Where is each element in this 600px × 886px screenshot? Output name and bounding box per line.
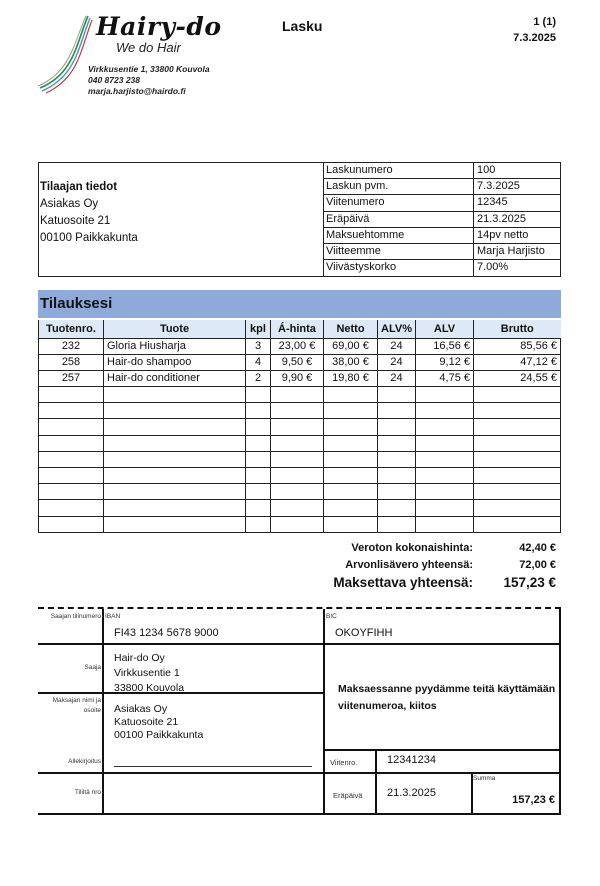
order-cell: Gloria Hiusharja bbox=[104, 338, 246, 354]
amount-due-value: 157,23 € bbox=[503, 575, 556, 590]
order-cell bbox=[39, 403, 104, 419]
invoice-info-label: Viivästyskorko bbox=[324, 260, 474, 276]
order-cell bbox=[271, 516, 324, 532]
order-cell bbox=[416, 451, 474, 467]
order-row: 258Hair-do shampoo49,50 €38,00 €249,12 €… bbox=[39, 354, 561, 370]
order-cell bbox=[474, 451, 561, 467]
order-cell: 24 bbox=[378, 338, 416, 354]
vat-total-value: 72,00 € bbox=[519, 559, 556, 571]
order-cell bbox=[416, 516, 474, 532]
order-cell bbox=[474, 500, 561, 516]
order-cell bbox=[271, 387, 324, 403]
order-cell bbox=[104, 516, 246, 532]
reference-value: 12341234 bbox=[387, 754, 436, 766]
order-row bbox=[39, 451, 561, 467]
payer-name: Asiakas Oy bbox=[114, 703, 203, 716]
order-cell bbox=[39, 387, 104, 403]
order-cell bbox=[378, 484, 416, 500]
order-row bbox=[39, 516, 561, 532]
column-header: Netto bbox=[324, 320, 378, 338]
order-cell bbox=[416, 484, 474, 500]
order-cell bbox=[39, 500, 104, 516]
customer-details: Tilaajan tiedot Asiakas Oy Katuosoite 21… bbox=[39, 163, 324, 276]
order-cell bbox=[324, 516, 378, 532]
order-cell bbox=[416, 500, 474, 516]
amount-label: Summa bbox=[473, 775, 495, 782]
order-cell bbox=[324, 484, 378, 500]
company-logo: Hairy-do bbox=[96, 12, 222, 41]
invoice-info-label: Viitenumero bbox=[324, 195, 474, 210]
order-cell: 2 bbox=[246, 370, 271, 386]
order-cell bbox=[378, 468, 416, 484]
order-cell: 38,00 € bbox=[324, 354, 378, 370]
column-header: kpl bbox=[246, 320, 271, 338]
recipient-city: 33800 Kouvola bbox=[114, 681, 184, 696]
order-cell bbox=[474, 387, 561, 403]
invoice-info-value: 21.3.2025 bbox=[474, 212, 560, 227]
order-row: 257Hair-do conditioner29,90 €19,80 €244,… bbox=[39, 370, 561, 386]
order-cell: 16,56 € bbox=[416, 338, 474, 354]
order-cell bbox=[104, 451, 246, 467]
order-cell bbox=[246, 435, 271, 451]
document-date: 7.3.2025 bbox=[513, 32, 556, 44]
column-header: Tuotenro. bbox=[39, 320, 104, 338]
iban-label: IBAN bbox=[105, 613, 120, 620]
order-cell: 23,00 € bbox=[271, 338, 324, 354]
net-total-label: Veroton kokonaishinta: bbox=[351, 542, 473, 554]
order-cell bbox=[104, 435, 246, 451]
order-row bbox=[39, 403, 561, 419]
payment-message: Maksaessanne pyydämme teitä käyttämään v… bbox=[338, 681, 555, 715]
invoice-info-label: Viitteemme bbox=[324, 244, 474, 259]
order-cell bbox=[104, 387, 246, 403]
order-cell: 24 bbox=[378, 370, 416, 386]
recipient-name: Hair-do Oy bbox=[114, 651, 184, 666]
order-cell: 4,75 € bbox=[416, 370, 474, 386]
order-cell bbox=[39, 451, 104, 467]
order-cell bbox=[378, 419, 416, 435]
order-cell: Hair-do conditioner bbox=[104, 370, 246, 386]
invoice-info-row: Maksuehtomme14pv netto bbox=[324, 228, 560, 244]
invoice-info-box: Tilaajan tiedot Asiakas Oy Katuosoite 21… bbox=[38, 162, 561, 277]
invoice-details: Laskunumero100Laskun pvm.7.3.2025Viitenu… bbox=[324, 163, 560, 276]
page-number: 1 (1) bbox=[533, 16, 556, 28]
order-cell bbox=[324, 435, 378, 451]
column-header: Brutto bbox=[474, 320, 561, 338]
order-cell bbox=[416, 468, 474, 484]
order-cell bbox=[39, 484, 104, 500]
order-cell bbox=[474, 419, 561, 435]
order-cell bbox=[39, 419, 104, 435]
order-cell bbox=[246, 484, 271, 500]
order-cell: 9,12 € bbox=[416, 354, 474, 370]
payer-details: Asiakas Oy Katuosoite 21 00100 Paikkakun… bbox=[114, 703, 203, 742]
order-cell: 24,55 € bbox=[474, 370, 561, 386]
order-cell bbox=[246, 500, 271, 516]
order-row bbox=[39, 484, 561, 500]
bic-label: BIC bbox=[326, 613, 337, 620]
order-cell: 9,90 € bbox=[271, 370, 324, 386]
order-cell bbox=[474, 484, 561, 500]
due-date-value: 21.3.2025 bbox=[387, 787, 436, 799]
order-cell bbox=[474, 468, 561, 484]
order-cell bbox=[271, 451, 324, 467]
company-phone: 040 8723 238 bbox=[88, 75, 140, 85]
column-header: ALV% bbox=[378, 320, 416, 338]
amount-due-label: Maksettava yhteensä: bbox=[333, 575, 473, 590]
order-cell: 19,80 € bbox=[324, 370, 378, 386]
order-cell bbox=[104, 484, 246, 500]
recipient-label: Saaja bbox=[38, 664, 101, 671]
order-cell bbox=[378, 387, 416, 403]
order-cell bbox=[104, 403, 246, 419]
order-cell: 3 bbox=[246, 338, 271, 354]
account-number-label: Saajan tilinumero bbox=[38, 613, 101, 620]
order-cell bbox=[104, 500, 246, 516]
invoice-info-row: Viitenumero12345 bbox=[324, 195, 560, 211]
order-cell bbox=[324, 500, 378, 516]
recipient-street: Virkkusentie 1 bbox=[114, 666, 184, 681]
order-cell bbox=[104, 419, 246, 435]
order-cell: 24 bbox=[378, 354, 416, 370]
order-cell bbox=[324, 387, 378, 403]
customer-heading: Tilaajan tiedot bbox=[40, 179, 323, 196]
order-cell bbox=[246, 387, 271, 403]
document-title: Lasku bbox=[282, 18, 322, 34]
order-row: 232Gloria Hiusharja323,00 €69,00 €2416,5… bbox=[39, 338, 561, 354]
from-account-label: Tililtä nro bbox=[38, 789, 101, 796]
company-email: marja.harjisto@hairdo.fi bbox=[88, 86, 186, 96]
invoice-info-value: 12345 bbox=[474, 195, 560, 210]
order-cell: 258 bbox=[39, 354, 104, 370]
customer-city: 00100 Paikkakunta bbox=[40, 230, 323, 247]
invoice-info-label: Laskun pvm. bbox=[324, 179, 474, 194]
invoice-info-row: Eräpäivä21.3.2025 bbox=[324, 212, 560, 228]
signature-field[interactable] bbox=[114, 766, 312, 767]
order-cell bbox=[271, 468, 324, 484]
order-cell bbox=[271, 500, 324, 516]
invoice-info-value: Marja Harjisto bbox=[474, 244, 560, 259]
order-cell bbox=[246, 419, 271, 435]
orders-table: Tuotenro.TuotekplÁ-hintaNettoALV%ALVBrut… bbox=[38, 320, 561, 533]
invoice-info-row: Laskunumero100 bbox=[324, 163, 560, 179]
recipient-details: Hair-do Oy Virkkusentie 1 33800 Kouvola bbox=[114, 651, 184, 696]
order-cell bbox=[39, 516, 104, 532]
invoice-info-label: Maksuehtomme bbox=[324, 228, 474, 243]
order-cell bbox=[378, 516, 416, 532]
customer-name: Asiakas Oy bbox=[40, 196, 323, 213]
order-cell bbox=[246, 468, 271, 484]
order-cell: 232 bbox=[39, 338, 104, 354]
column-header: ALV bbox=[416, 320, 474, 338]
order-cell bbox=[378, 435, 416, 451]
order-cell bbox=[324, 468, 378, 484]
order-cell bbox=[416, 387, 474, 403]
payer-city: 00100 Paikkakunta bbox=[114, 729, 203, 742]
order-cell bbox=[416, 419, 474, 435]
order-row bbox=[39, 500, 561, 516]
invoice-info-value: 14pv netto bbox=[474, 228, 560, 243]
invoice-info-row: Viivästyskorko7.00% bbox=[324, 260, 560, 276]
payer-label: Maksajan nimi ja osoite bbox=[38, 696, 101, 716]
order-cell bbox=[378, 403, 416, 419]
invoice-info-row: ViitteemmeMarja Harjisto bbox=[324, 244, 560, 260]
order-cell: 4 bbox=[246, 354, 271, 370]
invoice-info-label: Laskunumero bbox=[324, 163, 474, 178]
order-cell bbox=[474, 435, 561, 451]
order-row bbox=[39, 387, 561, 403]
order-cell bbox=[271, 403, 324, 419]
order-cell bbox=[416, 435, 474, 451]
order-cell: 9,50 € bbox=[271, 354, 324, 370]
order-cell bbox=[474, 403, 561, 419]
order-cell bbox=[378, 500, 416, 516]
order-cell bbox=[246, 403, 271, 419]
order-row bbox=[39, 419, 561, 435]
payment-slip: Saajan tilinumero IBAN FI43 1234 5678 90… bbox=[38, 609, 561, 815]
order-cell: 85,56 € bbox=[474, 338, 561, 354]
order-cell bbox=[474, 516, 561, 532]
due-date-label: Eräpäivä bbox=[333, 791, 363, 800]
invoice-info-row: Laskun pvm.7.3.2025 bbox=[324, 179, 560, 195]
order-cell: 69,00 € bbox=[324, 338, 378, 354]
order-cell bbox=[246, 516, 271, 532]
order-cell bbox=[324, 403, 378, 419]
order-cell bbox=[104, 468, 246, 484]
bic-value: OKOYFIHH bbox=[335, 627, 392, 639]
iban-value: FI43 1234 5678 9000 bbox=[114, 627, 219, 639]
customer-street: Katuosoite 21 bbox=[40, 213, 323, 230]
order-cell: 47,12 € bbox=[474, 354, 561, 370]
invoice-info-value: 7.3.2025 bbox=[474, 179, 560, 194]
column-header: Tuote bbox=[104, 320, 246, 338]
vat-total-label: Arvonlisävero yhteensä: bbox=[345, 559, 473, 571]
order-cell bbox=[271, 419, 324, 435]
payer-street: Katuosoite 21 bbox=[114, 716, 203, 729]
company-address: Virkkusentie 1, 33800 Kouvola bbox=[88, 64, 210, 74]
column-header: Á-hinta bbox=[271, 320, 324, 338]
order-cell bbox=[324, 419, 378, 435]
reference-label: Viitenro. bbox=[330, 758, 357, 767]
amount-value: 157,23 € bbox=[512, 794, 555, 806]
order-cell bbox=[378, 451, 416, 467]
orders-section-title: Tilauksesi bbox=[38, 290, 561, 318]
order-cell bbox=[271, 484, 324, 500]
order-cell bbox=[416, 403, 474, 419]
order-cell bbox=[271, 435, 324, 451]
order-cell bbox=[39, 435, 104, 451]
order-row bbox=[39, 468, 561, 484]
invoice-info-value: 100 bbox=[474, 163, 560, 178]
net-total-value: 42,40 € bbox=[519, 542, 556, 554]
order-cell: 257 bbox=[39, 370, 104, 386]
order-row bbox=[39, 435, 561, 451]
invoice-info-label: Eräpäivä bbox=[324, 212, 474, 227]
company-tagline: We do Hair bbox=[116, 40, 181, 55]
order-cell: Hair-do shampoo bbox=[104, 354, 246, 370]
order-cell bbox=[324, 451, 378, 467]
signature-label: Allekirjoitus bbox=[38, 758, 101, 765]
order-cell bbox=[39, 468, 104, 484]
order-cell bbox=[246, 451, 271, 467]
invoice-info-value: 7.00% bbox=[474, 260, 560, 276]
